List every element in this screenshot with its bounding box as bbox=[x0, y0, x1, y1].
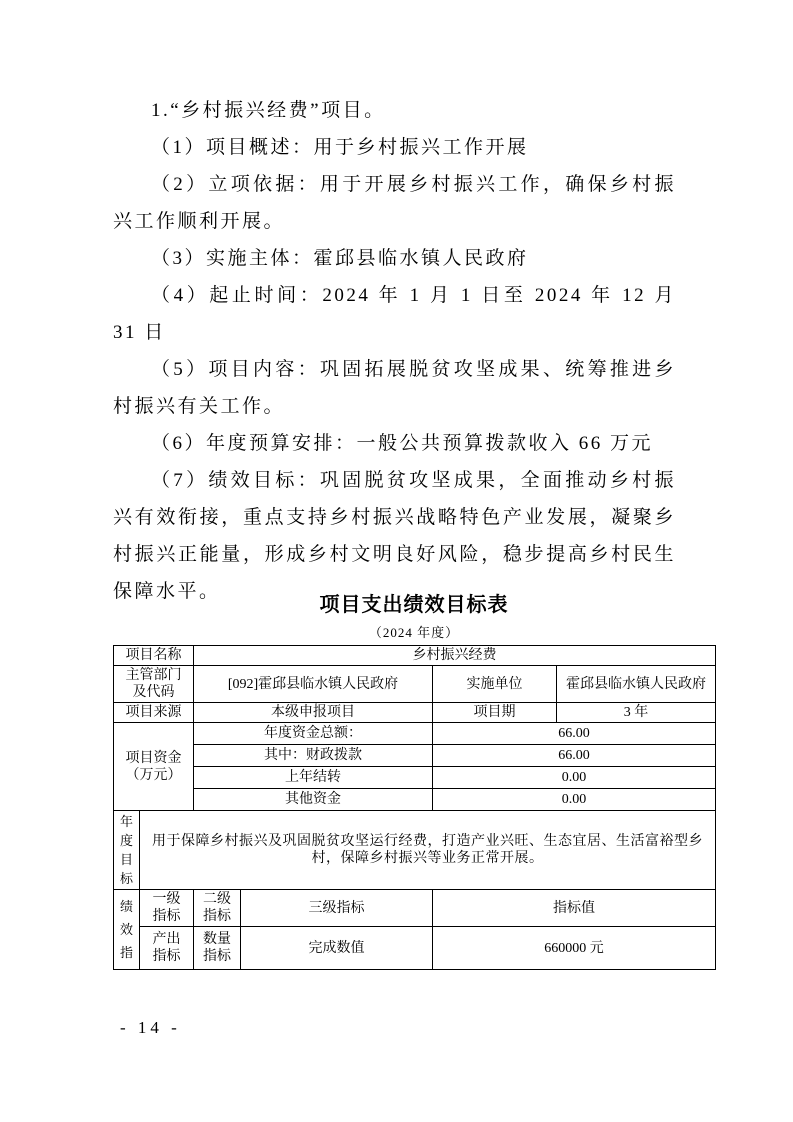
paragraph-annual-budget: （6）年度预算安排：一般公共预算拨款收入 66 万元 bbox=[113, 425, 676, 462]
table-row: 年度目标 用于保障乡村振兴及巩固脱贫攻坚运行经费，打造产业兴旺、生态宜居、生活富… bbox=[114, 811, 716, 890]
annual-goal-label-text: 年度目标 bbox=[120, 812, 133, 888]
indicator-level1-value: 产出 指标 bbox=[140, 927, 194, 970]
project-name-value: 乡村振兴经费 bbox=[194, 646, 716, 666]
funds-carryover-label: 上年结转 bbox=[194, 767, 433, 789]
indicator-level2-header: 二级 指标 bbox=[194, 890, 241, 927]
performance-section-label-text: 绩效指 bbox=[120, 895, 133, 964]
table-row: 项目资金 （万元） 年度资金总额： 66.00 bbox=[114, 723, 716, 745]
indicator-level1-header: 一级 指标 bbox=[140, 890, 194, 927]
annual-goal-content: 用于保障乡村振兴及巩固脱贫攻坚运行经费，打造产业兴旺、生态宜居、生活富裕型乡村，… bbox=[140, 811, 716, 890]
funds-other-value: 0.00 bbox=[433, 789, 716, 811]
performance-section-label: 绩效指 bbox=[114, 890, 140, 970]
indicator-level3-value: 完成数值 bbox=[241, 927, 433, 970]
impl-unit-value: 霍邱县临水镇人民政府 bbox=[557, 666, 716, 703]
table-row: 主管部门 及代码 [092]霍邱县临水镇人民政府 实施单位 霍邱县临水镇人民政府 bbox=[114, 666, 716, 703]
funds-carryover-value: 0.00 bbox=[433, 767, 716, 789]
paragraph-time-range: （4）起止时间：2024 年 1 月 1 日至 2024 年 12 月 31 日 bbox=[113, 277, 676, 351]
indicator-level2-value: 数量 指标 bbox=[194, 927, 241, 970]
project-source-value: 本级申报项目 bbox=[194, 703, 433, 723]
paragraph-project-overview: （1）项目概述：用于乡村振兴工作开展 bbox=[113, 129, 676, 166]
funds-fiscal-value: 66.00 bbox=[433, 745, 716, 767]
project-period-value: 3 年 bbox=[557, 703, 716, 723]
performance-target-table: 项目名称 乡村振兴经费 主管部门 及代码 [092]霍邱县临水镇人民政府 实施单… bbox=[113, 645, 716, 970]
table-subtitle: （2024 年度） bbox=[113, 622, 715, 641]
table-title: 项目支出绩效目标表 bbox=[113, 588, 715, 617]
project-period-label: 项目期 bbox=[433, 703, 557, 723]
paragraph-implementing-body: （3）实施主体：霍邱县临水镇人民政府 bbox=[113, 240, 676, 277]
paragraph-project-content: （5）项目内容：巩固拓展脱贫攻坚成果、统筹推进乡村振兴有关工作。 bbox=[113, 351, 676, 425]
table-row: 项目名称 乡村振兴经费 bbox=[114, 646, 716, 666]
project-name-label: 项目名称 bbox=[114, 646, 194, 666]
annual-goal-label: 年度目标 bbox=[114, 811, 140, 890]
indicator-value: 660000 元 bbox=[433, 927, 716, 970]
funds-total-value: 66.00 bbox=[433, 723, 716, 745]
table-row: 产出 指标 数量 指标 完成数值 660000 元 bbox=[114, 927, 716, 970]
table-row: 项目来源 本级申报项目 项目期 3 年 bbox=[114, 703, 716, 723]
project-source-label: 项目来源 bbox=[114, 703, 194, 723]
body-text-block: 1.“乡村振兴经费”项目。 （1）项目概述：用于乡村振兴工作开展 （2）立项依据… bbox=[113, 92, 676, 610]
document-page: 1.“乡村振兴经费”项目。 （1）项目概述：用于乡村振兴工作开展 （2）立项依据… bbox=[0, 0, 793, 1122]
funds-other-label: 其他资金 bbox=[194, 789, 433, 811]
page-number: - 14 - bbox=[120, 1018, 181, 1038]
funds-label: 项目资金 （万元） bbox=[114, 723, 194, 811]
dept-code-label: 主管部门 及代码 bbox=[114, 666, 194, 703]
indicator-level3-header: 三级指标 bbox=[241, 890, 433, 927]
table-row: 其他资金 0.00 bbox=[114, 789, 716, 811]
table-row: 其中：财政拨款 66.00 bbox=[114, 745, 716, 767]
table-row: 上年结转 0.00 bbox=[114, 767, 716, 789]
funds-total-label: 年度资金总额： bbox=[194, 723, 433, 745]
paragraph-project-basis: （2）立项依据：用于开展乡村振兴工作，确保乡村振兴工作顺利开展。 bbox=[113, 166, 676, 240]
table-row: 绩效指 一级 指标 二级 指标 三级指标 指标值 bbox=[114, 890, 716, 927]
indicator-value-header: 指标值 bbox=[433, 890, 716, 927]
impl-unit-label: 实施单位 bbox=[433, 666, 557, 703]
funds-fiscal-label: 其中：财政拨款 bbox=[194, 745, 433, 767]
dept-code-value: [092]霍邱县临水镇人民政府 bbox=[194, 666, 433, 703]
paragraph-project-heading: 1.“乡村振兴经费”项目。 bbox=[113, 92, 676, 129]
